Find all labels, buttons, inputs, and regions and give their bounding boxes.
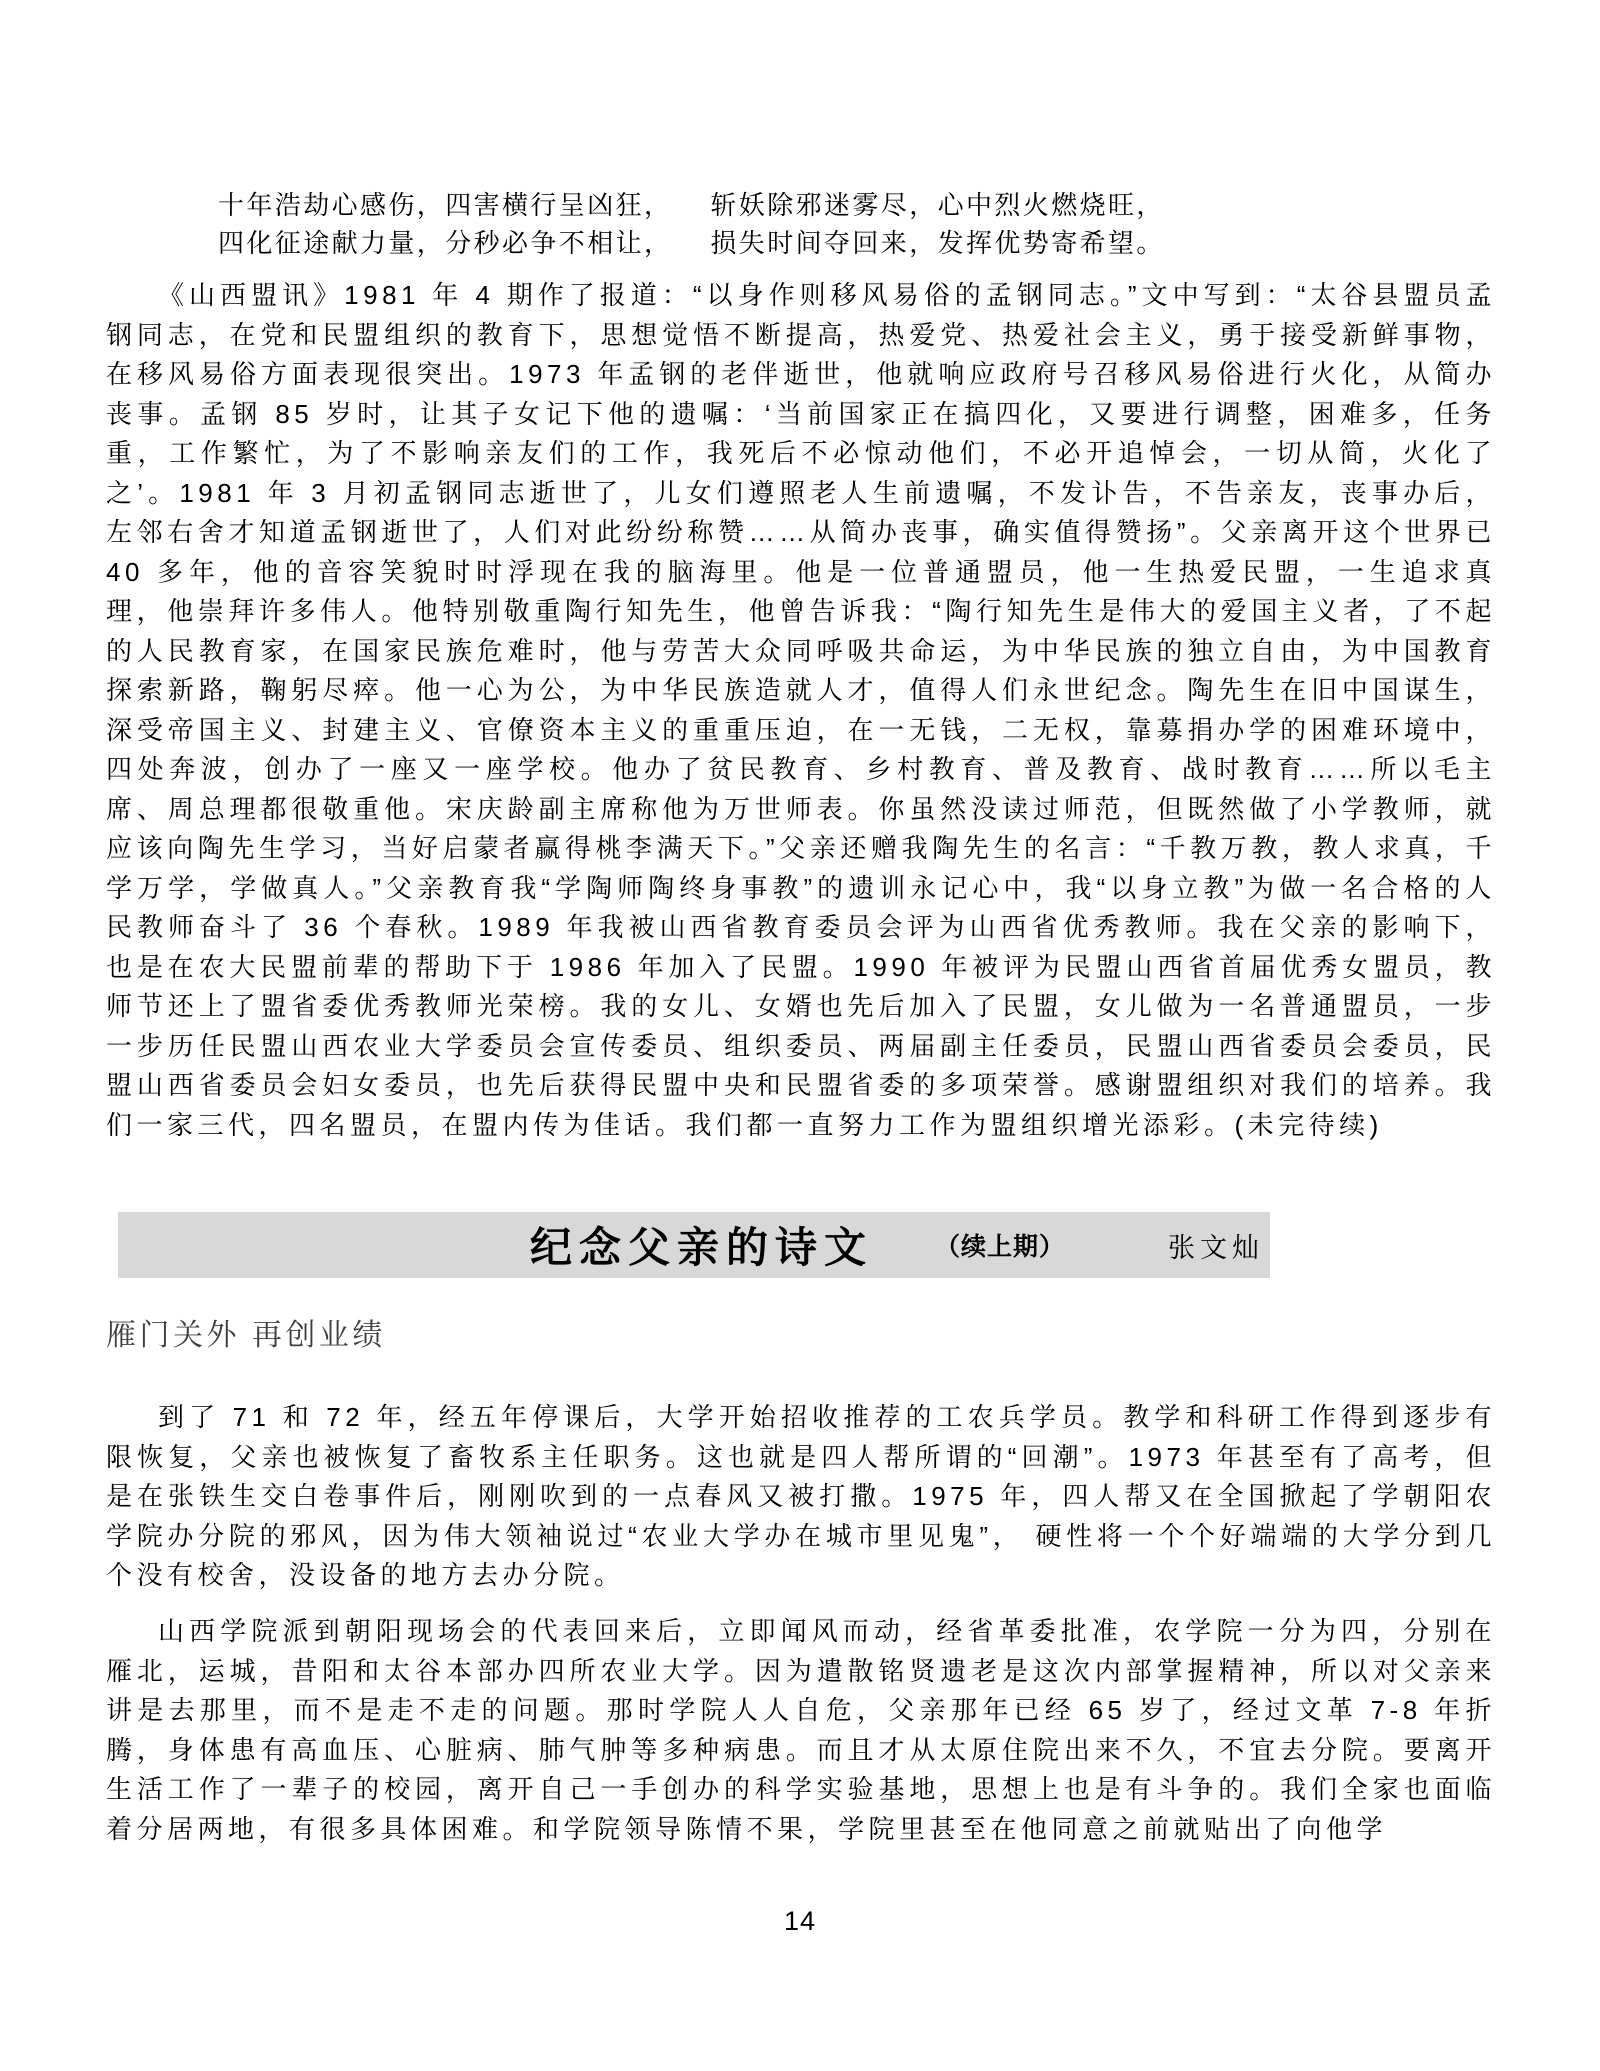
- section-author: 张文灿: [1168, 1226, 1264, 1265]
- section-paragraph: 到了 71 和 72 年，经五年停课后，大学开始招收推荐的工农兵学员。教学和科研…: [106, 1398, 1496, 1596]
- poem-half: 损失时间夺回来，发挥优势寄希望。: [710, 228, 1164, 258]
- section-subtitle: （续上期）: [935, 1227, 1065, 1263]
- memorial-poem: 十年浩劫心感伤，四害横行呈凶狂，斩妖除邪迷雾尽，心中烈火燃烧旺， 四化征途献力量…: [106, 0, 1496, 262]
- poem-line: 四化征途献力量，分秒必争不相让，损失时间夺回来，发挥优势寄希望。: [218, 224, 1496, 262]
- section-title: 纪念父亲的诗文: [530, 1215, 873, 1275]
- article-continuation-paragraph: 《山西盟讯》1981 年 4 期作了报道：“以身作则移风易俗的孟钢同志。”文中写…: [106, 276, 1496, 1145]
- poem-line: 十年浩劫心感伤，四害横行呈凶狂，斩妖除邪迷雾尽，心中烈火燃烧旺，: [218, 186, 1496, 224]
- poem-half: 斩妖除邪迷雾尽，心中烈火燃烧旺，: [710, 190, 1164, 220]
- poem-half: 四化征途献力量，分秒必争不相让，: [218, 228, 672, 258]
- document-page: 十年浩劫心感伤，四害横行呈凶狂，斩妖除邪迷雾尽，心中烈火燃烧旺， 四化征途献力量…: [0, 0, 1600, 2071]
- section-subheading: 雁门关外 再创业绩: [106, 1310, 386, 1354]
- section-title-bar: 纪念父亲的诗文 （续上期） 张文灿: [118, 1212, 1270, 1278]
- page-number: 14: [784, 1906, 816, 1937]
- section-paragraph: 山西学院派到朝阳现场会的代表回来后，立即闻风而动，经省革委批准，农学院一分为四，…: [106, 1612, 1496, 1849]
- poem-half: 十年浩劫心感伤，四害横行呈凶狂，: [218, 190, 672, 220]
